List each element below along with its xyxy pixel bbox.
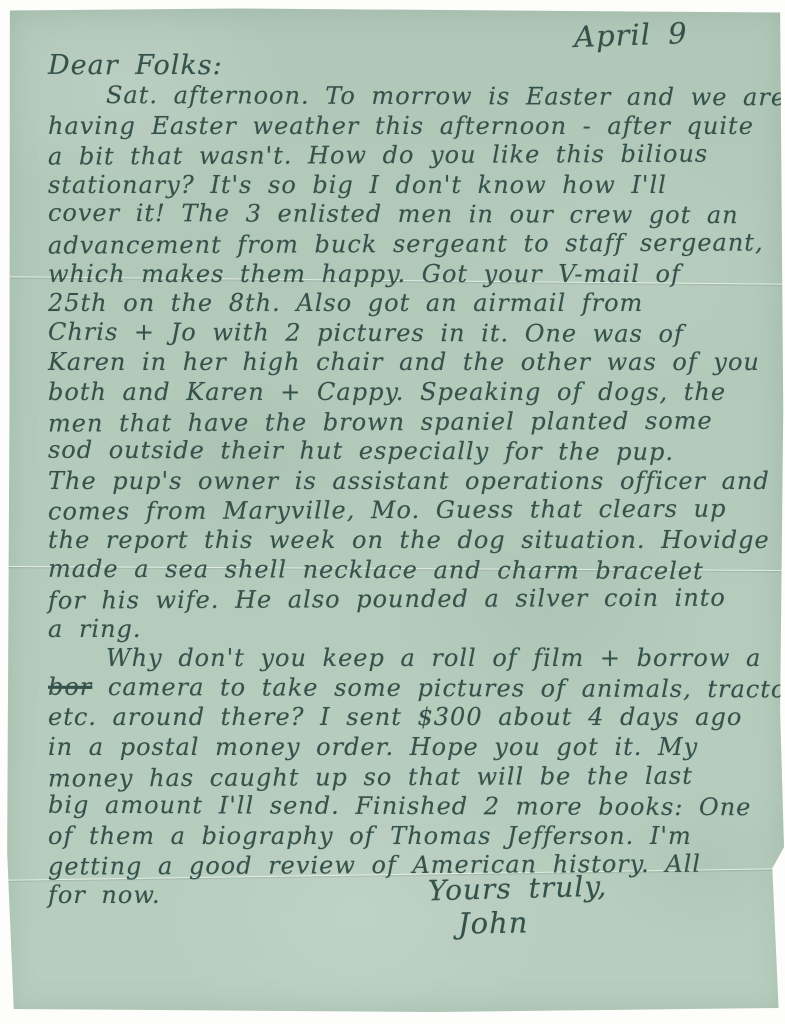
letter-date: April 9	[574, 16, 689, 54]
letter-line: made a sea shell necklace and charm brac…	[48, 554, 762, 586]
letter-line: Sat. afternoon. To morrow is Easter and …	[48, 81, 762, 113]
letter-line: money has caught up so that will be the …	[48, 761, 762, 794]
letter-closing: Yours truly,	[428, 870, 608, 908]
letter-line: Karen in her high chair and the other wa…	[48, 348, 762, 378]
letter-line: men that have the brown spaniel planted …	[48, 406, 762, 439]
struck-out-word: bor	[48, 673, 92, 701]
letter-line: which makes them happy. Got your V-mail …	[48, 260, 762, 290]
letter-salutation: Dear Folks:	[48, 50, 223, 81]
letter-line: a bit that wasn't. How do you like this …	[48, 140, 762, 173]
letter-line: The pup's owner is assistant operations …	[48, 467, 762, 497]
letter-line: for his wife. He also pounded a silver c…	[48, 584, 762, 617]
letter-line: advancement from buck sergeant to staff …	[48, 228, 762, 261]
letter-line: big amount I'll send. Finished 2 more bo…	[48, 791, 762, 823]
letter-line: for now.	[48, 881, 762, 911]
letter-line: Chris + Jo with 2 pictures in it. One wa…	[48, 318, 762, 350]
letter-line: of them a biography of Thomas Jefferson.…	[48, 822, 762, 852]
letter-line: a ring.	[48, 615, 762, 645]
letter-line: stationary? It's so big I don't know how…	[48, 171, 762, 201]
letter-body: Sat. afternoon. To morrow is Easter and …	[48, 82, 762, 911]
letter-line: sod outside their hut especially for the…	[48, 436, 762, 468]
letter-paper: April 9 Dear Folks: Sat. afternoon. To m…	[6, 8, 784, 1013]
letter-line: cover it! The 3 enlisted men in our crew…	[48, 199, 762, 231]
letter-line: 25th on the 8th. Also got an airmail fro…	[48, 289, 762, 319]
letter-line: comes from Maryville, Mo. Guess that cle…	[48, 495, 762, 528]
letter-line: both and Karen + Cappy. Speaking of dogs…	[48, 378, 762, 408]
letter-scan: April 9 Dear Folks: Sat. afternoon. To m…	[0, 0, 785, 1024]
letter-line: getting a good review of American histor…	[48, 850, 762, 883]
letter-line: etc. around there? I sent $300 about 4 d…	[48, 703, 762, 733]
letter-line: having Easter weather this afternoon - a…	[48, 112, 762, 142]
letter-line: bor camera to take some pictures of anim…	[48, 673, 762, 705]
letter-signature: John	[458, 905, 529, 940]
letter-line: Why don't you keep a roll of film + borr…	[48, 644, 762, 674]
letter-line: in a postal money order. Hope you got it…	[48, 733, 762, 763]
letter-line: the report this week on the dog situatio…	[48, 526, 762, 556]
